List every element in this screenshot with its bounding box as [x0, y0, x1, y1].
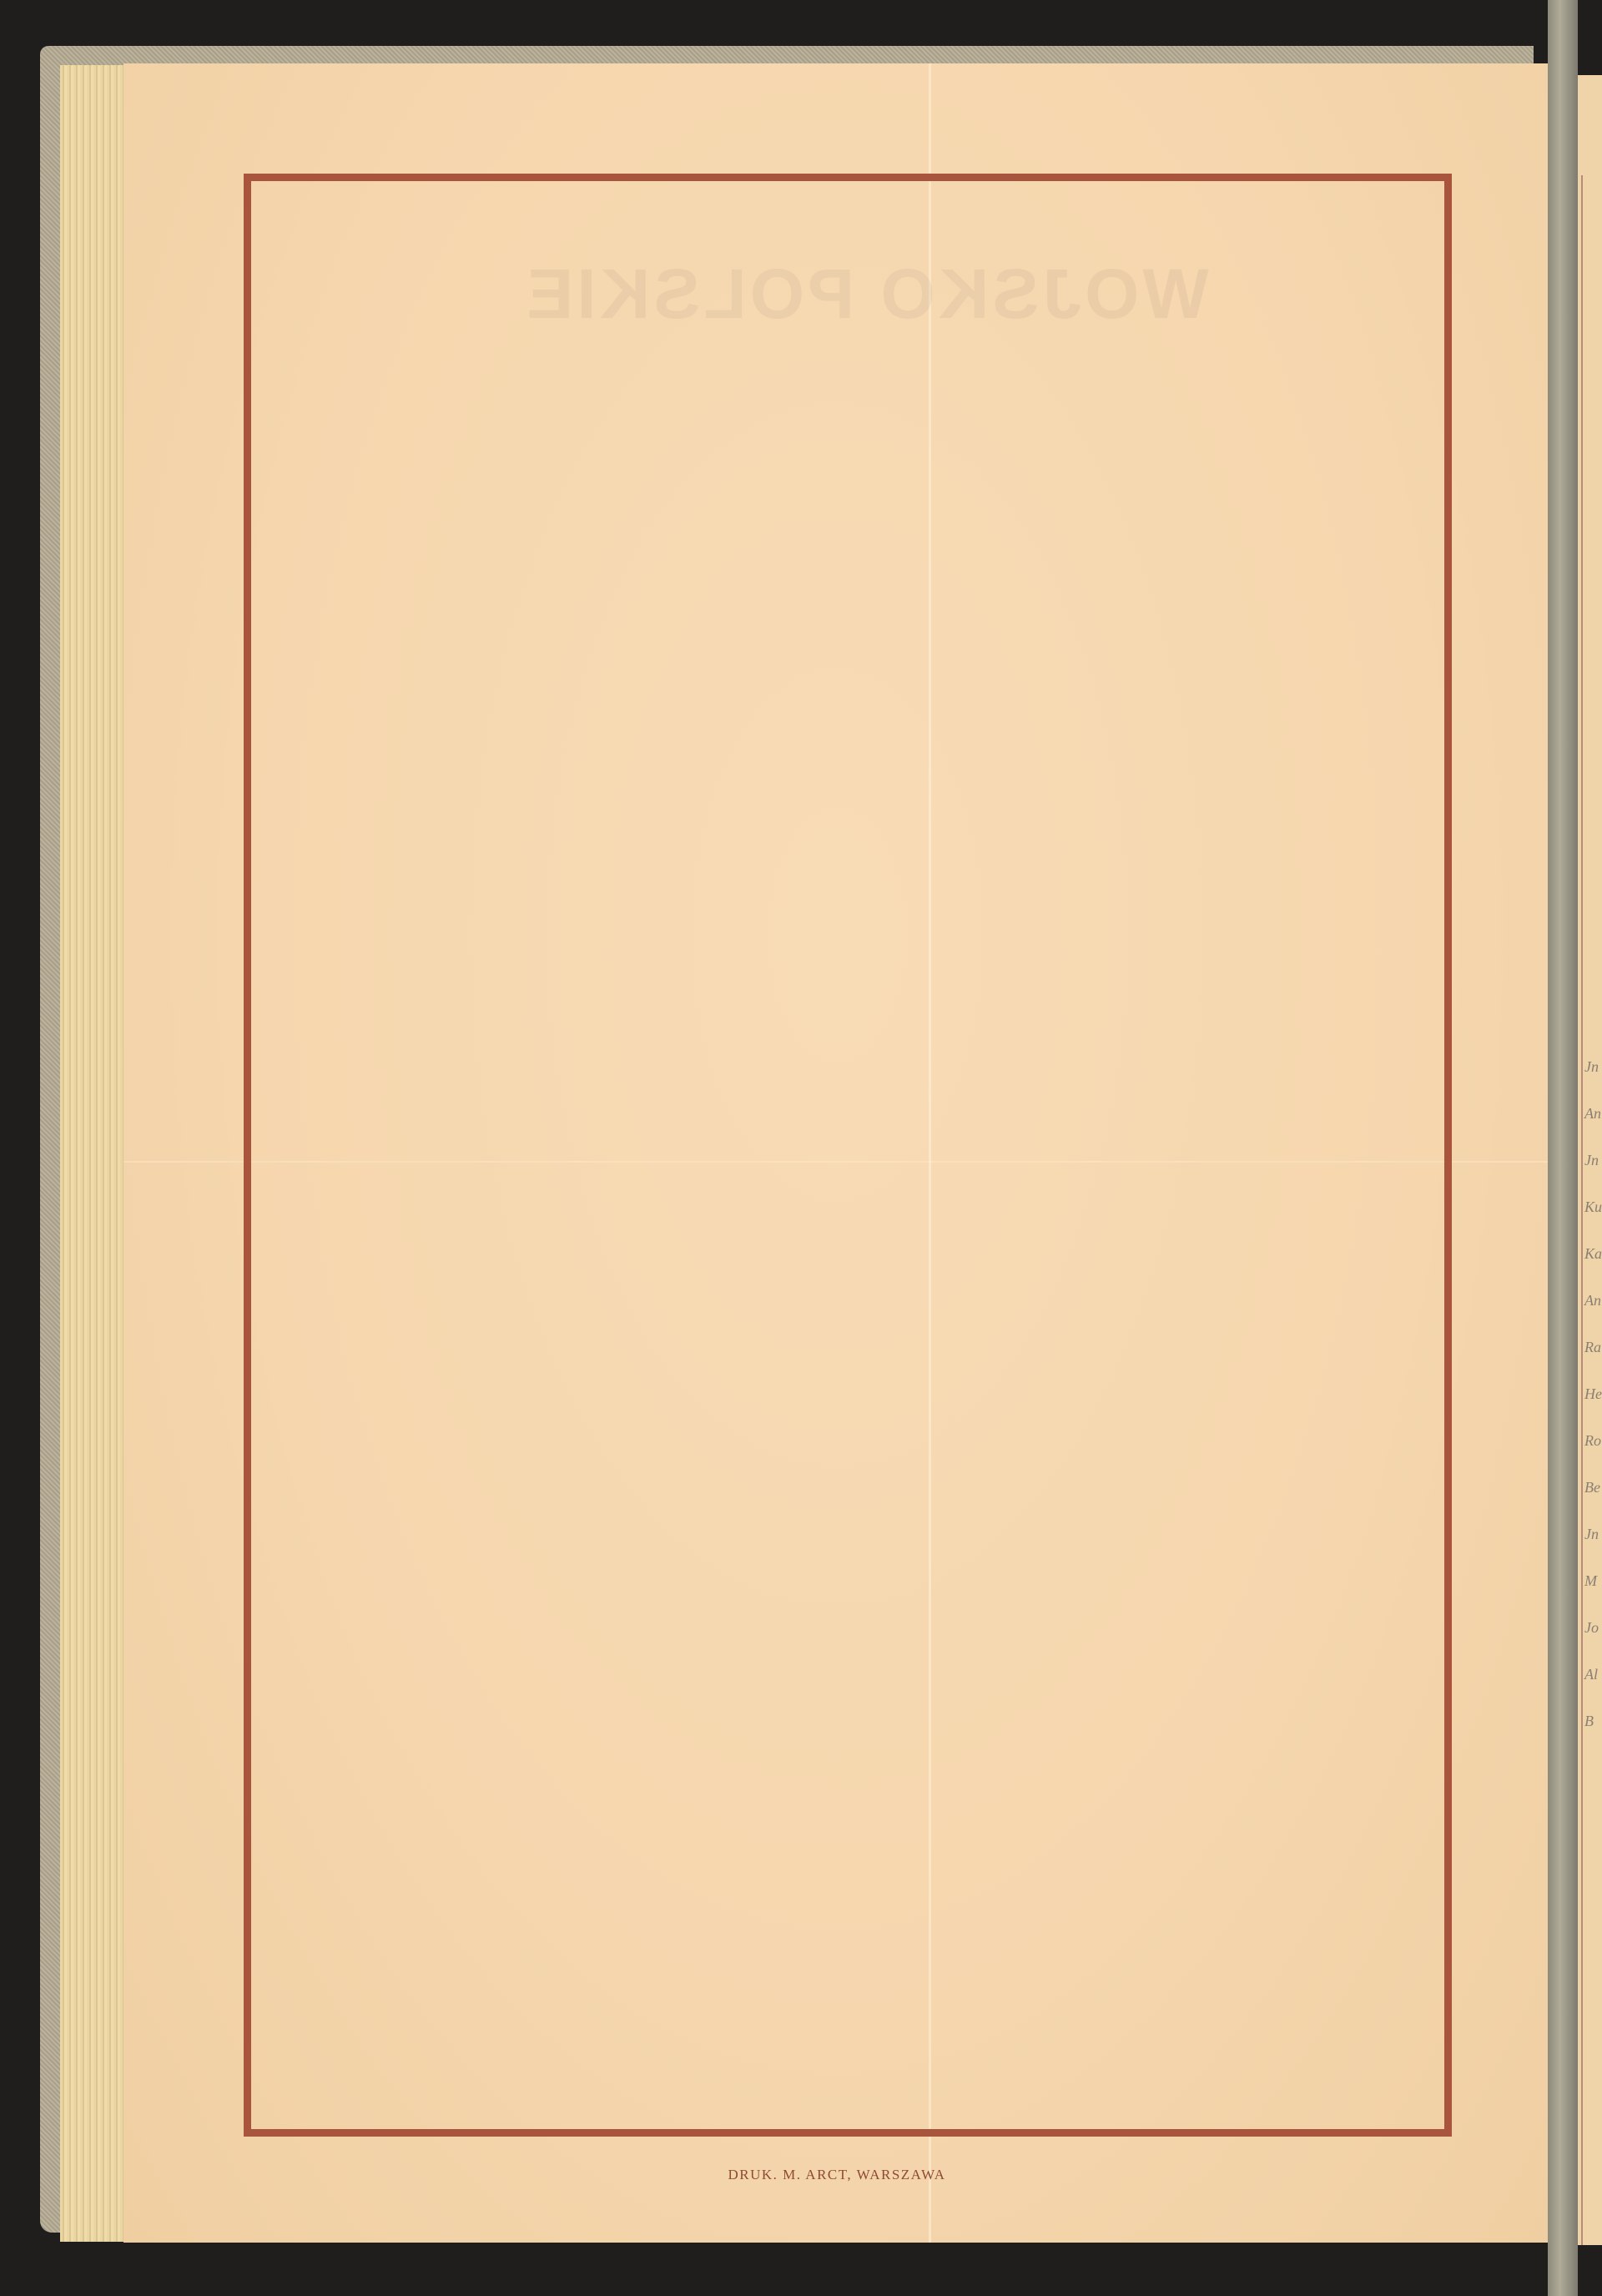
book-spine-gutter [1548, 0, 1578, 2296]
page-block-edges [60, 65, 127, 2242]
adjacent-page-handwriting: Jn An Jn Ku Ka An Ra He Ro Be Jn M Jo Al… [1584, 1043, 1602, 1744]
adjacent-page-edge: Jn An Jn Ku Ka An Ra He Ro Be Jn M Jo Al… [1578, 75, 1602, 2245]
printer-imprint: DRUK. M. ARCT, WARSZAWA [123, 2167, 1550, 2183]
adjacent-page-border-line [1581, 175, 1583, 2245]
decorative-border-frame [244, 174, 1452, 2137]
document-page: WOJSKO POLSKIE DRUK. M. ARCT, WARSZAWA [123, 63, 1550, 2243]
